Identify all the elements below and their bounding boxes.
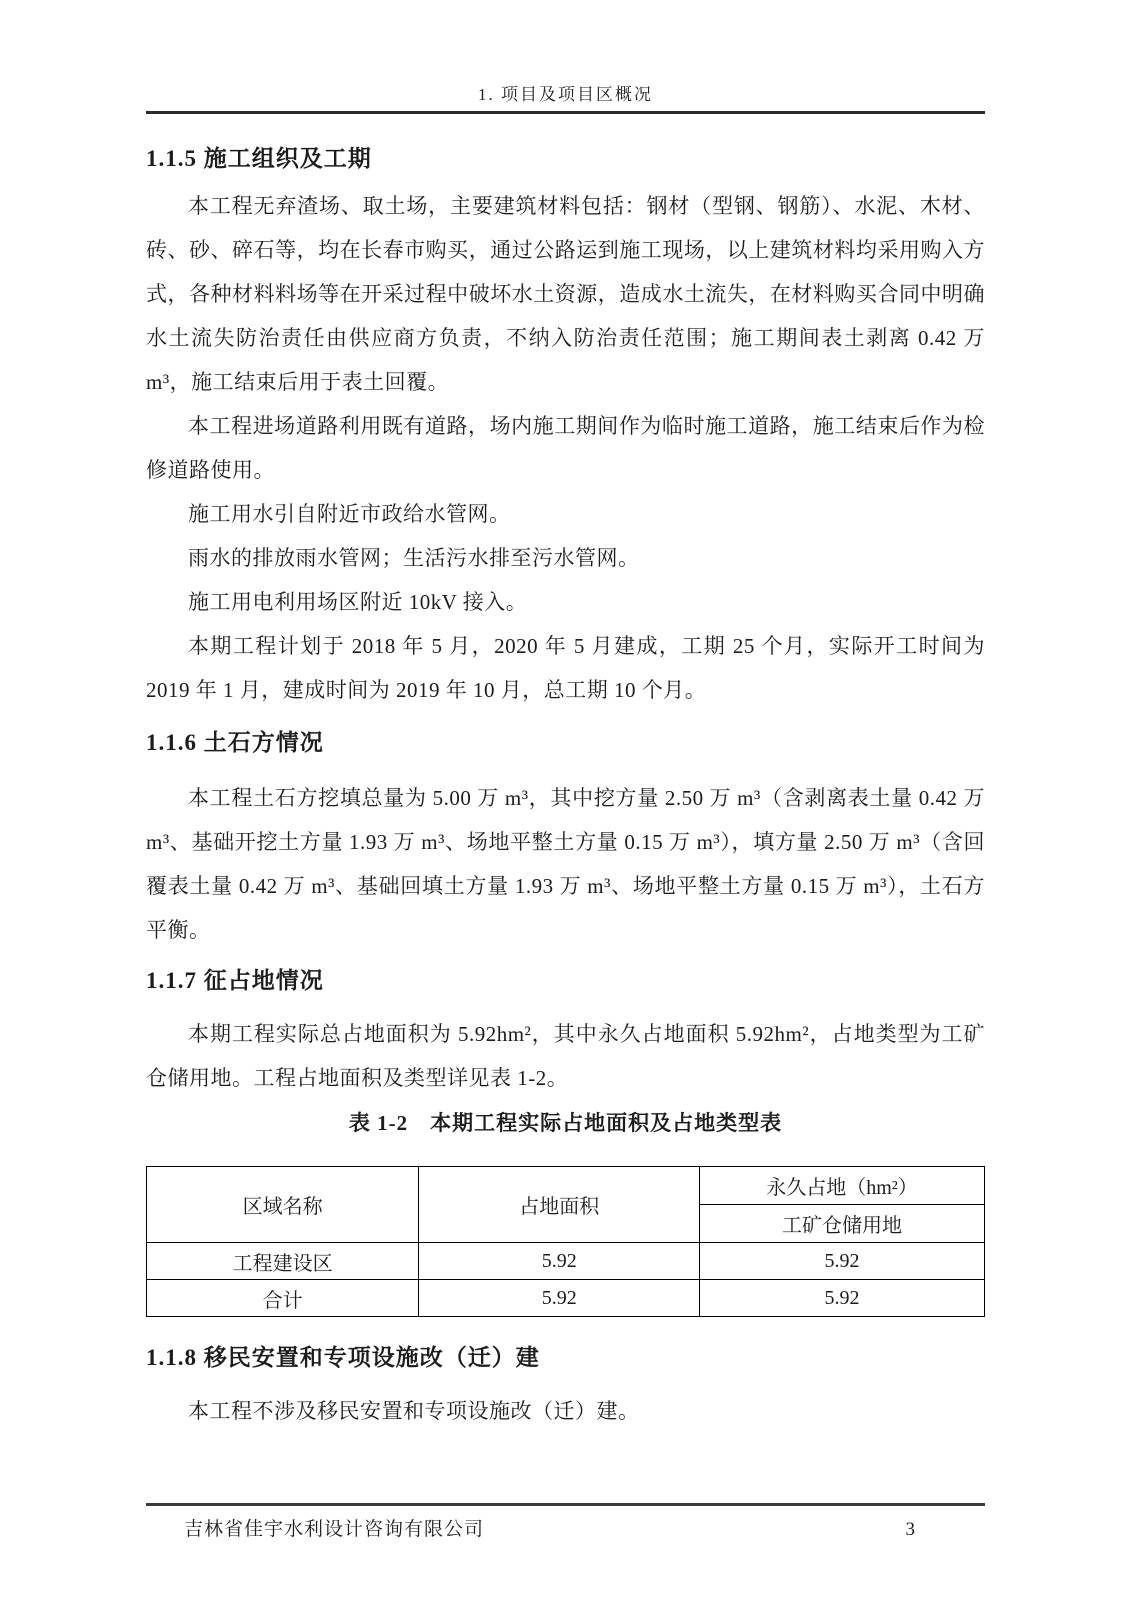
page-header: 1. 项目及项目区概况 <box>146 80 985 114</box>
paragraph-drainage: 雨水的排放雨水管网；生活污水排至污水管网。 <box>146 536 985 580</box>
column-subheader-industrial-storage-land: 工矿仓储用地 <box>700 1205 985 1243</box>
cell-permanent: 5.92 <box>700 1280 985 1317</box>
table-row: 合计 5.92 5.92 <box>147 1280 985 1317</box>
paragraph-water-supply: 施工用水引自附近市政给水管网。 <box>146 492 985 536</box>
table-header-row-1: 区域名称 占地面积 永久占地（hm²） <box>147 1167 985 1205</box>
land-use-table: 区域名称 占地面积 永久占地（hm²） 工矿仓储用地 工程建设区 5.92 5.… <box>146 1166 985 1317</box>
paragraph-resettlement: 本工程不涉及移民安置和专项设施改（迁）建。 <box>146 1389 985 1433</box>
document-page: { "header": { "title": "1. 项目及项目区概况" }, … <box>0 0 1131 1600</box>
column-header-permanent-land: 永久占地（hm²） <box>700 1167 985 1205</box>
section-heading-1-1-6: 1.1.6 土石方情况 <box>146 728 985 758</box>
section-heading-1-1-5: 1.1.5 施工组织及工期 <box>146 144 985 174</box>
paragraph-power-supply: 施工用电利用场区附近 10kV 接入。 <box>146 580 985 624</box>
cell-region-name: 合计 <box>147 1280 419 1317</box>
column-header-region-name: 区域名称 <box>147 1167 419 1243</box>
page-content: 1. 项目及项目区概况 1.1.5 施工组织及工期 本工程无弃渣场、取土场，主要… <box>146 0 985 1433</box>
cell-region-name: 工程建设区 <box>147 1243 419 1280</box>
footer-content: 吉林省佳宇水利设计咨询有限公司 3 <box>146 1514 985 1541</box>
paragraph-earthwork: 本工程土石方挖填总量为 5.00 万 m³，其中挖方量 2.50 万 m³（含剥… <box>146 776 985 952</box>
paragraph-access-road: 本工程进场道路利用既有道路，场内施工期间作为临时施工道路，施工结束后作为检修道路… <box>146 404 985 492</box>
cell-area: 5.92 <box>419 1243 700 1280</box>
cell-permanent: 5.92 <box>700 1243 985 1280</box>
paragraph-land-occupation: 本期工程实际总占地面积为 5.92hm²，其中永久占地面积 5.92hm²，占地… <box>146 1012 985 1100</box>
paragraph-schedule: 本期工程计划于 2018 年 5 月，2020 年 5 月建成，工期 25 个月… <box>146 624 985 712</box>
table-1-2-title: 表 1-2 本期工程实际占地面积及占地类型表 <box>146 1108 985 1138</box>
section-1-1-5-body: 本工程无弃渣场、取土场，主要建筑材料包括：钢材（型钢、钢筋）、水泥、木材、砖、砂… <box>146 184 985 712</box>
footer-company-name: 吉林省佳宇水利设计咨询有限公司 <box>146 1514 484 1541</box>
section-heading-1-1-7: 1.1.7 征占地情况 <box>146 966 985 996</box>
chapter-header-title: 1. 项目及项目区概况 <box>146 80 985 105</box>
section-heading-1-1-8: 1.1.8 移民安置和专项设施改（迁）建 <box>146 1343 985 1373</box>
column-header-area: 占地面积 <box>419 1167 700 1243</box>
page-footer: 吉林省佳宇水利设计咨询有限公司 3 <box>146 1503 985 1541</box>
cell-area: 5.92 <box>419 1280 700 1317</box>
table-row: 工程建设区 5.92 5.92 <box>147 1243 985 1280</box>
footer-page-number: 3 <box>906 1519 986 1541</box>
paragraph-materials: 本工程无弃渣场、取土场，主要建筑材料包括：钢材（型钢、钢筋）、水泥、木材、砖、砂… <box>146 184 985 404</box>
